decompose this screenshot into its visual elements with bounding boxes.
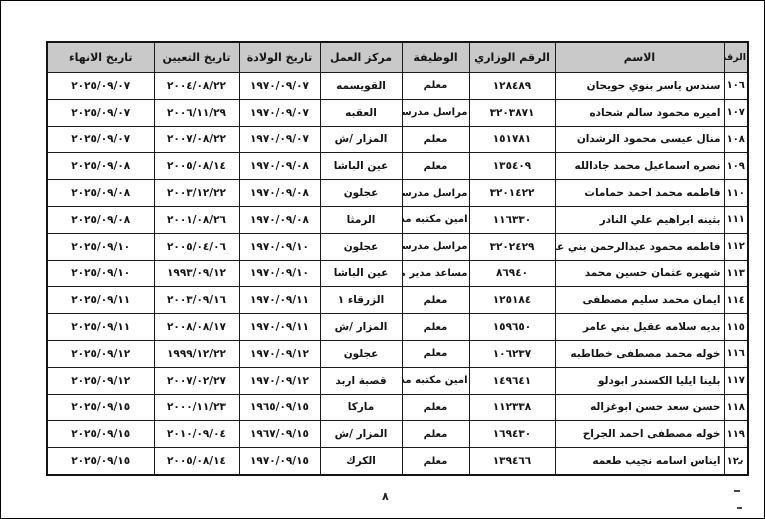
cell-name: نصره اسماعيل محمد جادالله xyxy=(555,153,724,180)
cell-job: معلم xyxy=(402,394,469,421)
col-header-ministry_no: الرقم الوزاري xyxy=(469,42,555,73)
cell-job: امين مكتبه مدرسه xyxy=(402,206,469,233)
cell-num: ١٠٦ xyxy=(724,73,748,100)
cell-end_date: ٢٠٢٥/٠٩/١٠ xyxy=(47,233,154,260)
col-header-name: الاسم xyxy=(555,42,724,73)
cell-ministry_no: ١١٢٣٣٨ xyxy=(469,394,555,421)
cell-job: مراسل مدرسه xyxy=(402,99,469,126)
cell-job: معلم xyxy=(402,314,469,341)
cell-name: منال عيسى محمود الرشدان xyxy=(555,126,724,153)
cell-num: ١١٥ xyxy=(724,314,748,341)
cell-end_date: ٢٠٢٥/٠٩/٠٧ xyxy=(47,73,154,100)
table-row: ١١٨حسن سعد حسن ابوغزاله١١٢٣٣٨معلمماركا١٩… xyxy=(47,394,748,421)
cell-hire_date: ٢٠٠٥/٠٨/١٤ xyxy=(154,153,239,180)
cell-hire_date: ٢٠٠١/٠٨/٢٦ xyxy=(154,206,239,233)
cell-birth_date: ١٩٧٠/٠٩/٠٧ xyxy=(239,73,320,100)
table-header-row: الرقمالاسمالرقم الوزاريالوظيفةمركز العمل… xyxy=(47,42,748,73)
table-row: ١١٦خوله محمد مصطفى خطاطبه١٠٦٢٣٧معلمعجلون… xyxy=(47,340,748,367)
table-body: ١٠٦سندس ياسر بنوي حويحان١٢٨٤٨٩معلمالقويس… xyxy=(47,73,748,475)
cell-ministry_no: ١١٦٣٣٠ xyxy=(469,206,555,233)
cell-job: معلم xyxy=(402,153,469,180)
cell-birth_date: ١٩٦٥/٠٩/١٥ xyxy=(239,394,320,421)
cell-job: معلم xyxy=(402,340,469,367)
cell-job: مراسل مدرسه xyxy=(402,233,469,260)
cell-hire_date: ٢٠٠٧/٠٢/٢٧ xyxy=(154,367,239,394)
cell-name: فاطمه محمد احمد حمامات xyxy=(555,180,724,207)
cell-birth_date: ١٩٧٠/٠٩/١٢ xyxy=(239,340,320,367)
cell-job: معلم xyxy=(402,448,469,475)
table-row: ١١٠فاطمه محمد احمد حمامات٣٢٠١٤٢٢مراسل مد… xyxy=(47,180,748,207)
cell-birth_date: ١٩٧٠/٠٩/١٠ xyxy=(239,233,320,260)
table-row: ١١٣شهيره عثمان حسين محمد٨٦٩٤٠مساعد مدير … xyxy=(47,260,748,287)
cell-end_date: ٢٠٢٥/٠٩/٠٨ xyxy=(47,206,154,233)
cell-end_date: ٢٠٢٥/٠٩/٠٨ xyxy=(47,153,154,180)
cell-birth_date: ١٩٧٠/٠٩/١٠ xyxy=(239,260,320,287)
cell-num: ١١٦ xyxy=(724,340,748,367)
cell-hire_date: ٢٠٠٥/٠٨/١٤ xyxy=(154,448,239,475)
scan-artifact xyxy=(737,507,742,509)
cell-num: ١١٤ xyxy=(724,287,748,314)
table-row: ١١١بثينه ابراهيم علي النادر١١٦٣٣٠امين مك… xyxy=(47,206,748,233)
cell-center: العقبه xyxy=(320,99,402,126)
cell-hire_date: ٢٠٠٨/٠٨/١٧ xyxy=(154,314,239,341)
cell-center: عين الباشا xyxy=(320,153,402,180)
cell-hire_date: ٢٠٠٣/١٢/٢٢ xyxy=(154,180,239,207)
cell-ministry_no: ١٤٩٦٤١ xyxy=(469,367,555,394)
cell-ministry_no: ١٣٩٤٦٦ xyxy=(469,448,555,475)
cell-job: معلم xyxy=(402,126,469,153)
cell-job: مساعد مدير مدرسه xyxy=(402,260,469,287)
cell-birth_date: ١٩٦٧/٠٩/١٥ xyxy=(239,421,320,448)
table-row: ١١٧بلينا ايليا الكسندر ابودلو١٤٩٦٤١امين … xyxy=(47,367,748,394)
cell-name: بثينه ابراهيم علي النادر xyxy=(555,206,724,233)
cell-num: ١١٢ xyxy=(724,233,748,260)
cell-end_date: ٢٠٢٥/٠٩/١١ xyxy=(47,287,154,314)
cell-name: اميره محمود سالم شحاده xyxy=(555,99,724,126)
cell-birth_date: ١٩٧٠/٠٩/١١ xyxy=(239,287,320,314)
cell-ministry_no: ١٣٥٤٠٩ xyxy=(469,153,555,180)
cell-center: الكرك xyxy=(320,448,402,475)
cell-num: ١٠٩ xyxy=(724,153,748,180)
cell-hire_date: ٢٠٠٦/١١/٢٩ xyxy=(154,99,239,126)
cell-ministry_no: ٨٦٩٤٠ xyxy=(469,260,555,287)
cell-center: عجلون xyxy=(320,340,402,367)
cell-birth_date: ١٩٧٠/٠٩/١٥ xyxy=(239,448,320,475)
table-row: ١١٥بديه سلامه عقيل بني عامر١٥٩٦٥٠معلمالم… xyxy=(47,314,748,341)
cell-end_date: ٢٠٢٥/٠٩/١٥ xyxy=(47,448,154,475)
cell-end_date: ٢٠٢٥/٠٩/١١ xyxy=(47,314,154,341)
cell-end_date: ٢٠٢٥/٠٩/١٥ xyxy=(47,394,154,421)
table-header: الرقمالاسمالرقم الوزاريالوظيفةمركز العمل… xyxy=(47,42,748,73)
cell-name: خوله مصطفى احمد الجراح xyxy=(555,421,724,448)
cell-hire_date: ١٩٩٣/٠٩/١٢ xyxy=(154,260,239,287)
cell-name: خوله محمد مصطفى خطاطبه xyxy=(555,340,724,367)
cell-job: مراسل مدرسه xyxy=(402,180,469,207)
cell-center: عجلون xyxy=(320,233,402,260)
cell-name: شهيره عثمان حسين محمد xyxy=(555,260,724,287)
cell-name: بديه سلامه عقيل بني عامر xyxy=(555,314,724,341)
cell-end_date: ٢٠٢٥/٠٩/٠٨ xyxy=(47,180,154,207)
cell-end_date: ٢٠٢٥/٠٩/١٢ xyxy=(47,367,154,394)
cell-num: ١١٨ xyxy=(724,394,748,421)
cell-job: معلم xyxy=(402,287,469,314)
cell-center: المزار /ش xyxy=(320,126,402,153)
cell-hire_date: ٢٠٠٠/١١/٢٣ xyxy=(154,394,239,421)
cell-hire_date: ٢٠٠٧/٠٨/٢٢ xyxy=(154,126,239,153)
cell-num: ١٠٧ xyxy=(724,99,748,126)
cell-birth_date: ١٩٧٠/٠٩/٠٨ xyxy=(239,153,320,180)
cell-num: ١١٩ xyxy=(724,421,748,448)
cell-ministry_no: ١٢٨٤٨٩ xyxy=(469,73,555,100)
employee-table: الرقمالاسمالرقم الوزاريالوظيفةمركز العمل… xyxy=(46,41,749,476)
col-header-job: الوظيفة xyxy=(402,42,469,73)
cell-center: قصبة اربد xyxy=(320,367,402,394)
cell-birth_date: ١٩٧٠/٠٩/٠٧ xyxy=(239,126,320,153)
cell-hire_date: ٢٠٠٤/٠٨/٢٢ xyxy=(154,73,239,100)
cell-ministry_no: ٣٢٠٣٨٧١ xyxy=(469,99,555,126)
cell-num: ١١١ xyxy=(724,206,748,233)
cell-birth_date: ١٩٧٠/٠٩/٠٨ xyxy=(239,180,320,207)
cell-name: ايمان محمد سليم مصطفى xyxy=(555,287,724,314)
table-row: ١١٢فاطمه محمود عبدالرحمن بني عطا٣٢٠٢٤٢٩م… xyxy=(47,233,748,260)
cell-job: امين مكتبه مدرسه xyxy=(402,367,469,394)
cell-job: معلم xyxy=(402,73,469,100)
cell-center: ماركا xyxy=(320,394,402,421)
cell-birth_date: ١٩٧٠/٠٩/٠٨ xyxy=(239,206,320,233)
table-row: ١١٤ايمان محمد سليم مصطفى١٢٥١٨٤معلمالزرقا… xyxy=(47,287,748,314)
col-header-end_date: تاريخ الانهاء xyxy=(47,42,154,73)
cell-num: ١١٠ xyxy=(724,180,748,207)
cell-birth_date: ١٩٧٠/٠٩/١١ xyxy=(239,314,320,341)
cell-ministry_no: ١٠٦٢٣٧ xyxy=(469,340,555,367)
table-row: ١٠٦سندس ياسر بنوي حويحان١٢٨٤٨٩معلمالقويس… xyxy=(47,73,748,100)
cell-end_date: ٢٠٢٥/٠٩/١٢ xyxy=(47,340,154,367)
cell-num: ١١٣ xyxy=(724,260,748,287)
cell-hire_date: ٢٠٠٣/٠٩/١٦ xyxy=(154,287,239,314)
cell-end_date: ٢٠٢٥/٠٩/١٠ xyxy=(47,260,154,287)
cell-ministry_no: ١٥١٧٨١ xyxy=(469,126,555,153)
cell-center: الرمثا xyxy=(320,206,402,233)
table-row: ١٠٩نصره اسماعيل محمد جادالله١٣٥٤٠٩معلمعي… xyxy=(47,153,748,180)
col-header-num: الرقم xyxy=(724,42,748,73)
cell-end_date: ٢٠٢٥/٠٩/١٥ xyxy=(47,421,154,448)
cell-birth_date: ١٩٧٠/٠٩/١٢ xyxy=(239,367,320,394)
cell-birth_date: ١٩٧٠/٠٩/٠٧ xyxy=(239,99,320,126)
col-header-birth_date: تاريخ الولادة xyxy=(239,42,320,73)
cell-end_date: ٢٠٢٥/٠٩/٠٧ xyxy=(47,99,154,126)
cell-name: فاطمه محمود عبدالرحمن بني عطا xyxy=(555,233,724,260)
scanned-document-page: الرقمالاسمالرقم الوزاريالوظيفةمركز العمل… xyxy=(0,0,765,519)
cell-hire_date: ٢٠٠٥/٠٤/٠٦ xyxy=(154,233,239,260)
cell-center: عجلون xyxy=(320,180,402,207)
cell-name: ايناس اسامه نجيب طعمه xyxy=(555,448,724,475)
cell-center: الزرقاء ١ xyxy=(320,287,402,314)
page-number: ٨ xyxy=(382,490,389,503)
cell-ministry_no: ١٢٥١٨٤ xyxy=(469,287,555,314)
cell-name: سندس ياسر بنوي حويحان xyxy=(555,73,724,100)
scan-artifact xyxy=(734,490,740,492)
cell-end_date: ٢٠٢٥/٠٩/٠٧ xyxy=(47,126,154,153)
cell-center: عين الباشا xyxy=(320,260,402,287)
cell-center: القويسمه xyxy=(320,73,402,100)
table-row: ١٠٧اميره محمود سالم شحاده٣٢٠٣٨٧١مراسل مد… xyxy=(47,99,748,126)
cell-name: حسن سعد حسن ابوغزاله xyxy=(555,394,724,421)
cell-job: معلم xyxy=(402,421,469,448)
cell-num: ١١٧ xyxy=(724,367,748,394)
cell-hire_date: ٢٠١٠/٠٩/٠٤ xyxy=(154,421,239,448)
table-row: ١١٩خوله مصطفى احمد الجراح١٦٩٤٣٠معلمالمزا… xyxy=(47,421,748,448)
cell-ministry_no: ٣٢٠١٤٢٢ xyxy=(469,180,555,207)
col-header-hire_date: تاريخ التعيين xyxy=(154,42,239,73)
table-row: ١٢٠ايناس اسامه نجيب طعمه١٣٩٤٦٦معلمالكرك١… xyxy=(47,448,748,475)
cell-hire_date: ١٩٩٩/١٢/٢٢ xyxy=(154,340,239,367)
cell-num: ١٠٨ xyxy=(724,126,748,153)
cell-ministry_no: ١٥٩٦٥٠ xyxy=(469,314,555,341)
cell-ministry_no: ١٦٩٤٣٠ xyxy=(469,421,555,448)
col-header-center: مركز العمل xyxy=(320,42,402,73)
cell-center: المزار /ش xyxy=(320,314,402,341)
cell-name: بلينا ايليا الكسندر ابودلو xyxy=(555,367,724,394)
cell-ministry_no: ٣٢٠٢٤٢٩ xyxy=(469,233,555,260)
table-row: ١٠٨منال عيسى محمود الرشدان١٥١٧٨١معلمالمز… xyxy=(47,126,748,153)
cell-num: ١٢٠ xyxy=(724,448,748,475)
cell-center: المزار /ش xyxy=(320,421,402,448)
